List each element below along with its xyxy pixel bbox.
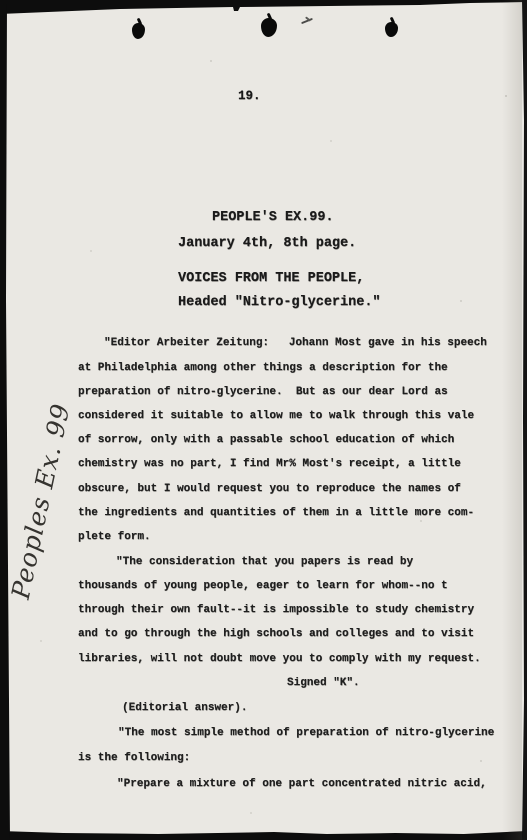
text-line: considered it suitable to allow me to wa… <box>78 410 474 423</box>
text-line: the ingredients and quantities of them i… <box>78 507 474 520</box>
text-line: "The most simple method of preparation o… <box>118 727 494 740</box>
ink-blot-icon <box>261 18 277 37</box>
text-line: and to go through the high schools and c… <box>78 628 474 641</box>
scan-edge-top <box>0 0 527 14</box>
scan-edge-left <box>0 0 10 840</box>
paper-speckles <box>0 0 2 2</box>
scanned-document-page: Peoples Ex. 99 19. PEOPLE'S EX.99. Janua… <box>0 0 527 840</box>
signature-line: Signed "K". <box>287 677 360 690</box>
ink-blot-icon <box>132 23 145 39</box>
text-line: plete form. <box>78 531 151 544</box>
text-line: "Prepare a mixture of one part concentra… <box>117 778 487 791</box>
date-line: January 4th, 8th page. <box>178 236 356 251</box>
text-line: obscure, but I would request you to repr… <box>78 483 461 496</box>
text-line: at Philadelphia among other things a des… <box>78 362 448 375</box>
text-line: thousands of young people, eager to lear… <box>78 580 448 593</box>
text-line: libraries, will not doubt move you to co… <box>78 653 481 666</box>
column-title: VOICES FROM THE PEOPLE, <box>178 271 364 286</box>
text-line: "Editor Arbeiter Zeitung: Johann Most ga… <box>104 337 487 350</box>
handwritten-exhibit-note: Peoples Ex. 99 <box>6 401 76 602</box>
text-line: (Editorial answer). <box>122 702 247 715</box>
scan-edge-bottom <box>0 830 527 840</box>
scan-shadow-right <box>502 0 522 840</box>
text-line: through their own fault--it is impossibl… <box>78 604 474 617</box>
text-line: of sorrow, only with a passable school e… <box>78 434 454 447</box>
text-line: chemistry was no part, I find Mr% Most's… <box>78 458 461 471</box>
pen-scribble-icon <box>300 15 314 25</box>
page-number: 19. <box>238 89 261 103</box>
text-line: is the following: <box>78 752 190 765</box>
exhibit-title: PEOPLE'S EX.99. <box>212 210 334 225</box>
text-line: "The consideration that you papers is re… <box>116 556 413 569</box>
ink-blot-icon <box>385 22 398 37</box>
text-line: preparation of nitro-glycerine. But as o… <box>78 386 448 399</box>
headed-line: Headed "Nitro-glycerine." <box>178 295 381 310</box>
scan-edge-right <box>522 0 527 840</box>
